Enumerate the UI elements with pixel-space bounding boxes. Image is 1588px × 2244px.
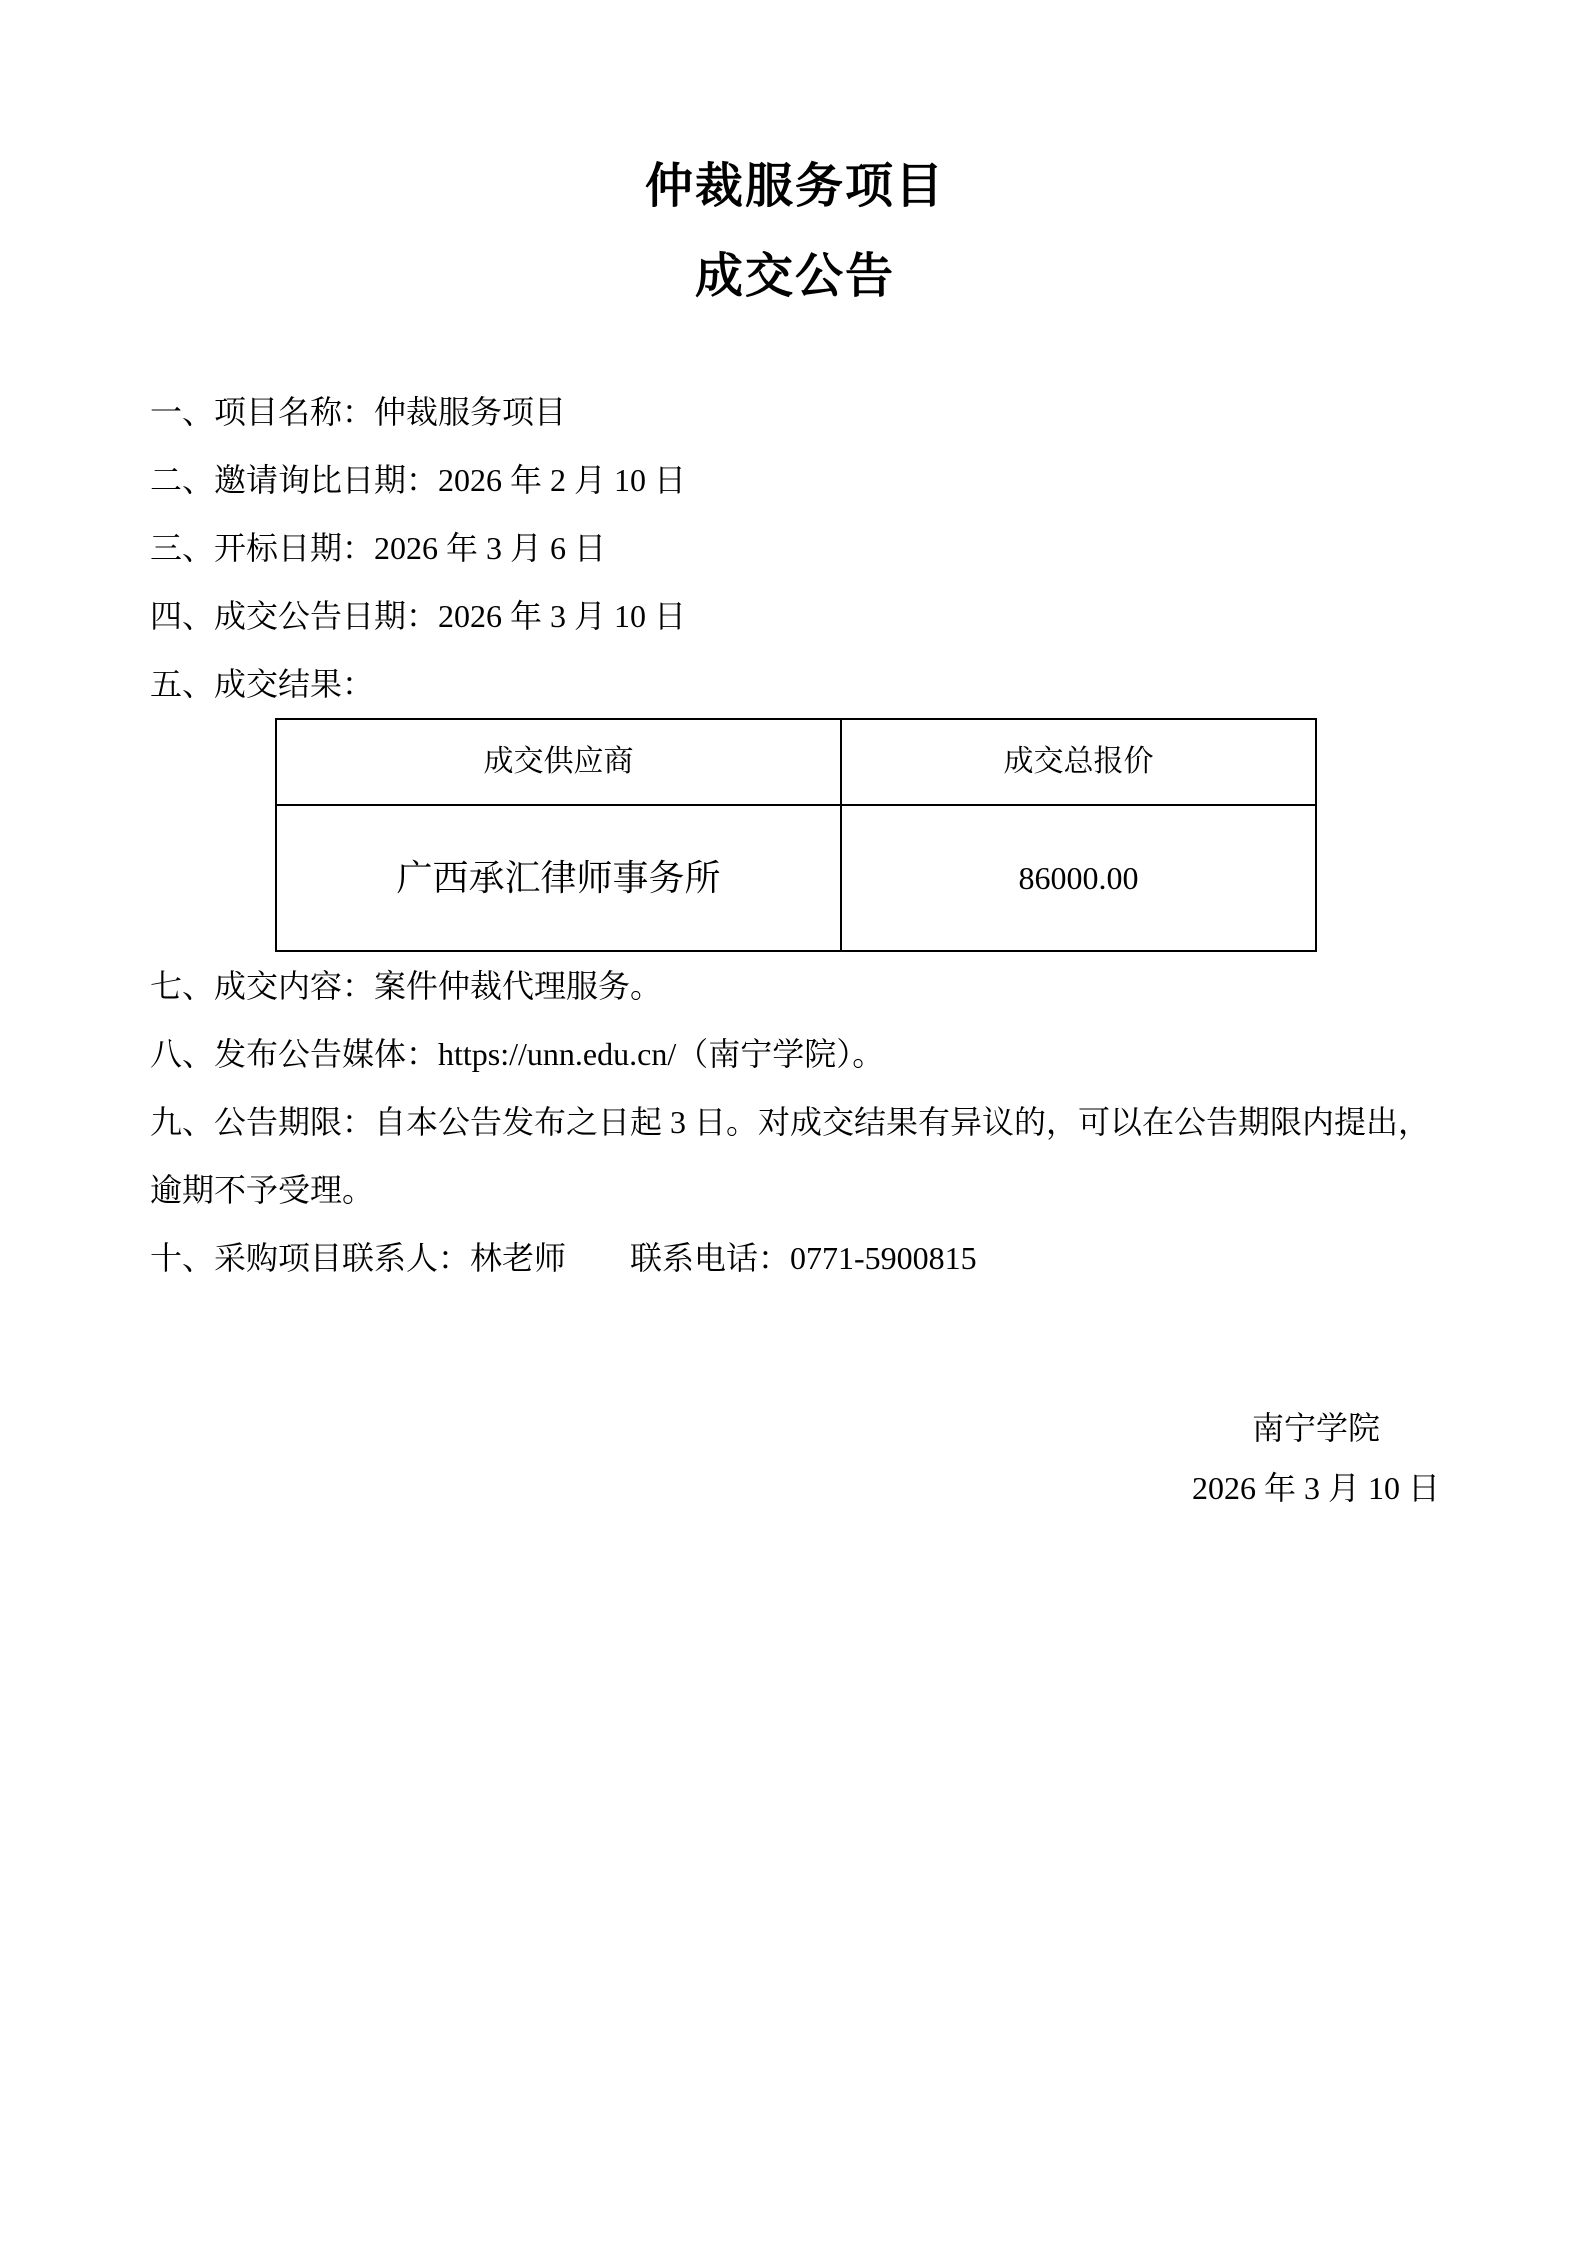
item-announcement-media: 八、发布公告媒体：https://unn.edu.cn/（南宁学院）。	[150, 1020, 1440, 1088]
document-title-line-1: 仲裁服务项目	[150, 142, 1440, 232]
table-header-row: 成交供应商 成交总报价	[276, 719, 1316, 805]
table-header-supplier: 成交供应商	[276, 719, 841, 805]
announcement-page: 仲裁服务项目 成交公告 一、项目名称：仲裁服务项目 二、邀请询比日期：2026 …	[0, 0, 1588, 2244]
table-cell-supplier: 广西承汇律师事务所	[276, 805, 841, 951]
item-invitation-date: 二、邀请询比日期：2026 年 2 月 10 日	[150, 446, 1440, 514]
award-result-table: 成交供应商 成交总报价 广西承汇律师事务所 86000.00	[275, 718, 1317, 952]
document-body: 一、项目名称：仲裁服务项目 二、邀请询比日期：2026 年 2 月 10 日 三…	[150, 378, 1440, 1522]
item-announcement-period: 九、公告期限：自本公告发布之日起 3 日。对成交结果有异议的，可以在公告期限内提…	[150, 1088, 1440, 1224]
document-title-line-2: 成交公告	[150, 232, 1440, 322]
signature-org: 南宁学院	[1192, 1398, 1440, 1458]
signature-date: 2026 年 3 月 10 日	[1192, 1458, 1440, 1518]
item-award-content: 七、成交内容：案件仲裁代理服务。	[150, 952, 1440, 1020]
item-award-result-label: 五、成交结果：	[150, 650, 1440, 718]
item-project-name: 一、项目名称：仲裁服务项目	[150, 378, 1440, 446]
signature-block: 南宁学院 2026 年 3 月 10 日	[150, 1398, 1440, 1522]
item-award-announcement-date: 四、成交公告日期：2026 年 3 月 10 日	[150, 582, 1440, 650]
table-row: 广西承汇律师事务所 86000.00	[276, 805, 1316, 951]
table-cell-price: 86000.00	[841, 805, 1316, 951]
table-header-price: 成交总报价	[841, 719, 1316, 805]
item-contact-info: 十、采购项目联系人：林老师 联系电话：0771-5900815	[150, 1224, 1440, 1292]
signature-inner: 南宁学院 2026 年 3 月 10 日	[1192, 1398, 1440, 1518]
item-bid-opening-date: 三、开标日期：2026 年 3 月 6 日	[150, 514, 1440, 582]
